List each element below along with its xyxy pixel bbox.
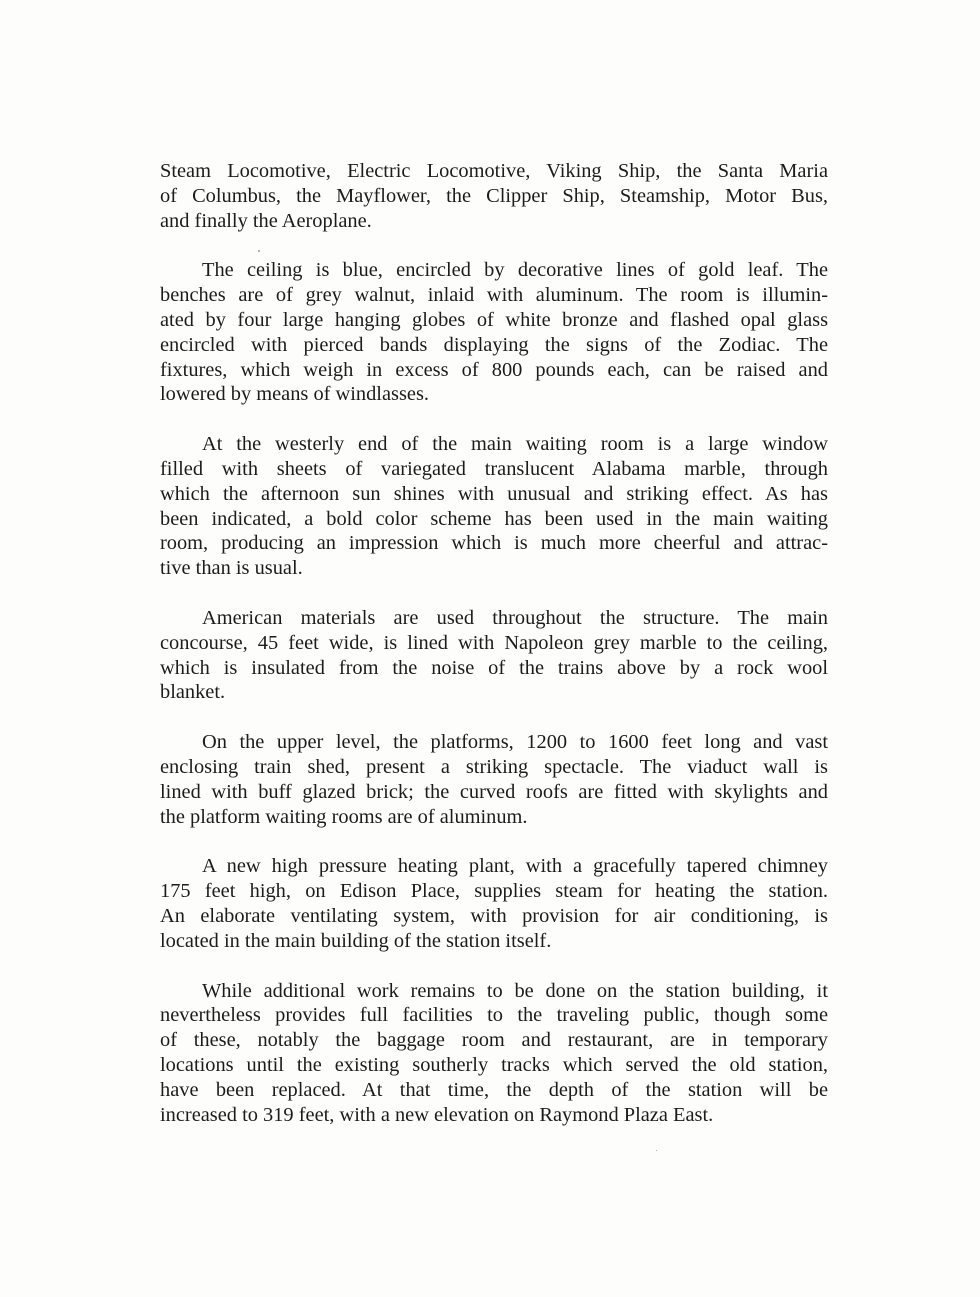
text-line: increased to 319 feet, with a new elevat… bbox=[160, 1103, 828, 1128]
text-line: A new high pressure heating plant, with … bbox=[160, 854, 828, 879]
text-line: American materials are used throughout t… bbox=[160, 606, 828, 631]
text-line: The ceiling is blue, encircled by decora… bbox=[160, 258, 828, 283]
text-line: and finally the Aeroplane. bbox=[160, 209, 828, 234]
text-line: fixtures, which weigh in excess of 800 p… bbox=[160, 358, 828, 383]
scan-speck bbox=[656, 1150, 657, 1151]
text-line: An elaborate ventilating system, with pr… bbox=[160, 904, 828, 929]
text-line: been indicated, a bold color scheme has … bbox=[160, 507, 828, 532]
scan-speck bbox=[258, 250, 260, 252]
text-line: the platform waiting rooms are of alumin… bbox=[160, 805, 828, 830]
text-line: concourse, 45 feet wide, is lined with N… bbox=[160, 631, 828, 656]
text-line: On the upper level, the platforms, 1200 … bbox=[160, 730, 828, 755]
text-line: 175 feet high, on Edison Place, supplies… bbox=[160, 879, 828, 904]
text-line: lined with buff glazed brick; the curved… bbox=[160, 780, 828, 805]
text-line: While additional work remains to be done… bbox=[160, 979, 828, 1004]
paragraph-ceiling: The ceiling is blue, encircled by decora… bbox=[160, 258, 828, 407]
document-page: Steam Locomotive, Electric Locomotive, V… bbox=[160, 159, 828, 1152]
paragraph-platforms: On the upper level, the platforms, 1200 … bbox=[160, 730, 828, 829]
text-line: which is insulated from the noise of the… bbox=[160, 656, 828, 681]
text-line: room, producing an impression which is m… bbox=[160, 531, 828, 556]
text-line: Steam Locomotive, Electric Locomotive, V… bbox=[160, 159, 828, 184]
text-line: have been replaced. At that time, the de… bbox=[160, 1078, 828, 1103]
text-line: At the westerly end of the main waiting … bbox=[160, 432, 828, 457]
text-line: tive than is usual. bbox=[160, 556, 828, 581]
paragraph-vehicles: Steam Locomotive, Electric Locomotive, V… bbox=[160, 159, 828, 233]
text-line: of these, notably the baggage room and r… bbox=[160, 1028, 828, 1053]
text-line: nevertheless provides full facilities to… bbox=[160, 1003, 828, 1028]
paragraph-heating: A new high pressure heating plant, with … bbox=[160, 854, 828, 953]
text-line: which the afternoon sun shines with unus… bbox=[160, 482, 828, 507]
paragraph-window: At the westerly end of the main waiting … bbox=[160, 432, 828, 581]
text-line: locations until the existing southerly t… bbox=[160, 1053, 828, 1078]
text-line: benches are of grey walnut, inlaid with … bbox=[160, 283, 828, 308]
text-line: filled with sheets of variegated translu… bbox=[160, 457, 828, 482]
text-line: located in the main building of the stat… bbox=[160, 929, 828, 954]
text-line: ated by four large hanging globes of whi… bbox=[160, 308, 828, 333]
text-line: blanket. bbox=[160, 680, 828, 705]
paragraph-materials: American materials are used throughout t… bbox=[160, 606, 828, 705]
text-line: of Columbus, the Mayflower, the Clipper … bbox=[160, 184, 828, 209]
text-line: enclosing train shed, present a striking… bbox=[160, 755, 828, 780]
paragraph-remaining-work: While additional work remains to be done… bbox=[160, 979, 828, 1128]
text-line: encircled with pierced bands displaying … bbox=[160, 333, 828, 358]
text-line: lowered by means of windlasses. bbox=[160, 382, 828, 407]
